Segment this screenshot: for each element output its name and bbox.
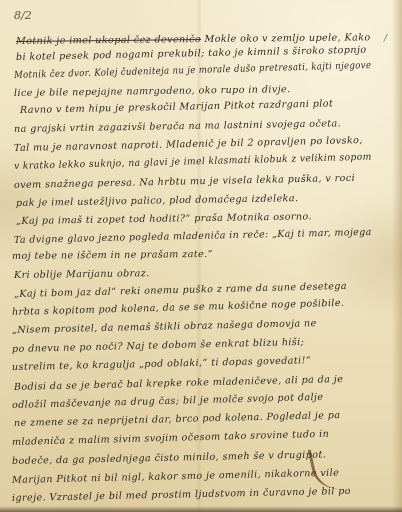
- text-line-19: ustrelim te, ko kragulja „pod oblaki,“ t…: [12, 355, 311, 373]
- text-line-25: Marijan Pitkot ni bil nigl, kakor smo je…: [12, 468, 339, 486]
- text-line-18: po dnevu ne po noči? Naj te dobom še enk…: [12, 337, 305, 355]
- text-line-5: Ravno v tem hipu je preskočil Marijan Pi…: [20, 98, 333, 116]
- text-line-17: „Nisem prositel, da nemaš štikli obraz n…: [12, 318, 317, 336]
- text-line-9: ovem snažnega peresa. Na hrbtu mu je vis…: [14, 173, 355, 191]
- text-line-20: Bodisi da se je berač bal krepke roke ml…: [14, 374, 343, 393]
- manuscript-page: 8/2 / Motnik je imel ukopal čez deveničo…: [0, 0, 402, 512]
- text-line-16: hrbta s kopitom pod kolena, da se se mu …: [12, 298, 345, 318]
- text-line-6: na grajski vrtin zagazivši berača na ma …: [14, 118, 341, 135]
- text-line-2: bi kotel pesek pod nogami prekubil; tako…: [16, 45, 367, 63]
- text-line-10: pak je imel ustežljivo palico, plod doma…: [16, 193, 299, 209]
- text-line-14: Kri oblije Marijanu obraz.: [14, 268, 150, 281]
- text-line-21: odložil maščevanje na drug čas; bil je m…: [12, 392, 324, 411]
- line-text: Mokle oko v zemljo upele, Kako: [201, 32, 371, 45]
- text-line-4: lice je bile nepejajne namrgodeno, oko r…: [14, 84, 291, 99]
- text-line-13: moj tebe ne iščem in ne prašam zate.“: [12, 249, 213, 262]
- handwritten-text-body: Motnik je imel ukopal čez deveničo Mokle…: [0, 0, 402, 512]
- struck-text: Motnik je imel ukopal čez deveničo: [16, 34, 201, 47]
- text-line-15: „Kaj ti bom jaz dal“ reki onemu puško z …: [14, 281, 347, 300]
- text-line-7: Tal mu je naravnost naproti. Mladenič je…: [14, 135, 363, 154]
- text-line-11: „Kaj pa imaš ti zopet tod hoditi?“ praša…: [16, 211, 312, 227]
- text-line-3: Motnik čez dvor. Kolej čudeniteja nu je …: [14, 60, 372, 81]
- text-line-8: v kratko lekko suknjo, na glavi je imel …: [14, 152, 372, 172]
- text-line-12: Ta dvigne glavo jezno pogleda mladeniča …: [14, 227, 372, 246]
- text-line-26: igreje. Vzrastel je bil med prostim ljud…: [12, 486, 351, 504]
- text-line-22: ne zmene se za neprijetni dar, brco pod …: [14, 410, 341, 429]
- text-line-24: bodeče, da ga poslednjega čisto minilo, …: [12, 449, 326, 467]
- text-line-23: mladeniča z malim sivim svojim očesom ta…: [12, 429, 329, 448]
